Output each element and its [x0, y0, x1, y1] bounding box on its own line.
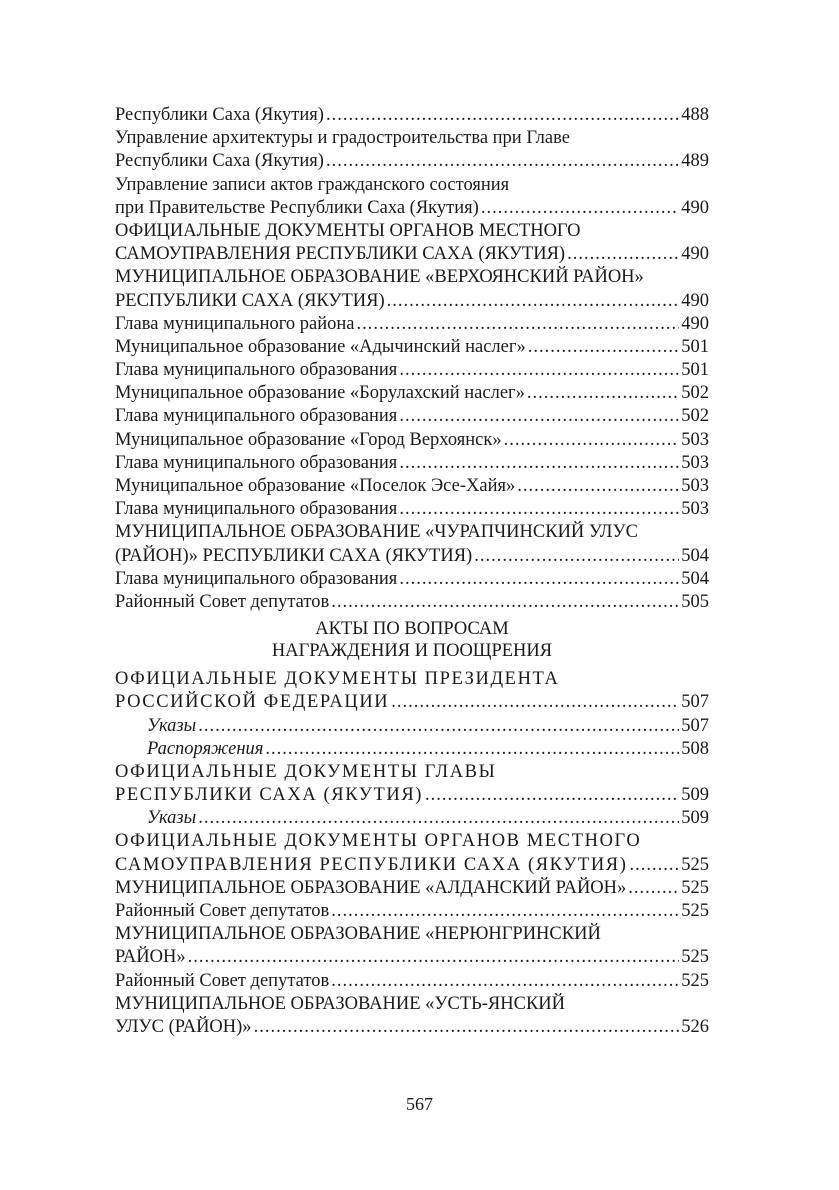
dot-leader — [198, 807, 679, 830]
toc-entry: Указы507 — [115, 715, 709, 738]
dot-leader — [356, 313, 679, 336]
toc-entry-page: 489 — [681, 150, 709, 173]
toc-entry-title: Управление архитектуры и градостроительс… — [115, 127, 570, 150]
toc-entry: УЛУС (РАЙОН)»526 — [115, 1016, 709, 1039]
toc-entry: САМОУПРАВЛЕНИЯ РЕСПУБЛИКИ САХА (ЯКУТИЯ)4… — [115, 243, 709, 266]
section-heading-line-2: НАГРАЖДЕНИЯ И ПООЩРЕНИЯ — [115, 640, 709, 662]
toc-entry-title: ОФИЦИАЛЬНЫЕ ДОКУМЕНТЫ ОРГАНОВ МЕСТНОГО — [115, 220, 581, 243]
toc-entry-page: 501 — [681, 359, 709, 382]
dot-leader — [326, 104, 679, 127]
toc-entry-page: 502 — [681, 382, 709, 405]
toc-entry-title: Указы — [115, 807, 196, 830]
toc-entry: Управление архитектуры и градостроительс… — [115, 127, 709, 150]
toc-entry-title: Указы — [115, 715, 196, 738]
toc-entry: ОФИЦИАЛЬНЫЕ ДОКУМЕНТЫ ПРЕЗИДЕНТА — [115, 668, 709, 691]
toc-entry-page: 525 — [681, 970, 709, 993]
toc-entry-title: Районный Совет депутатов — [115, 970, 329, 993]
toc-entry-title: МУНИЦИПАЛЬНОЕ ОБРАЗОВАНИЕ «ВЕРХОЯНСКИЙ Р… — [115, 266, 644, 289]
toc-entry-title: Муниципальное образование «Город Верхоян… — [115, 429, 502, 452]
toc-entry-title: УЛУС (РАЙОН)» — [115, 1016, 252, 1039]
toc-entry: Республики Саха (Якутия)489 — [115, 150, 709, 173]
toc-entry-title: МУНИЦИПАЛЬНОЕ ОБРАЗОВАНИЕ «УСТЬ-ЯНСКИЙ — [115, 993, 565, 1016]
toc-entry: РЕСПУБЛИКИ САХА (ЯКУТИЯ)490 — [115, 290, 709, 313]
toc-entry: при Правительстве Республики Саха (Якути… — [115, 197, 709, 220]
toc-entry-title: ОФИЦИАЛЬНЫЕ ДОКУМЕНТЫ ОРГАНОВ МЕСТНОГО — [115, 830, 641, 853]
toc-entry-page: 503 — [681, 452, 709, 475]
toc-entry: Районный Совет депутатов525 — [115, 970, 709, 993]
toc-entry: ОФИЦИАЛЬНЫЕ ДОКУМЕНТЫ ОРГАНОВ МЕСТНОГО — [115, 830, 709, 853]
toc-entry: Республики Саха (Якутия)488 — [115, 104, 709, 127]
toc-entry-page: 503 — [681, 429, 709, 452]
dot-leader — [331, 970, 679, 993]
toc-entry-title: САМОУПРАВЛЕНИЯ РЕСПУБЛИКИ САХА (ЯКУТИЯ) — [115, 854, 628, 877]
toc-entry-title: ОФИЦИАЛЬНЫЕ ДОКУМЕНТЫ ГЛАВЫ — [115, 761, 496, 784]
toc-entry-page: 525 — [681, 854, 709, 877]
toc-entry: ОФИЦИАЛЬНЫЕ ДОКУМЕНТЫ ГЛАВЫ — [115, 761, 709, 784]
dot-leader — [254, 1016, 680, 1039]
dot-leader — [481, 197, 679, 220]
toc-entry: Указы509 — [115, 807, 709, 830]
toc-entry-page: 490 — [681, 290, 709, 313]
toc-entry: МУНИЦИПАЛЬНОЕ ОБРАЗОВАНИЕ «УСТЬ-ЯНСКИЙ — [115, 993, 709, 1016]
toc-entry: Районный Совет депутатов505 — [115, 591, 709, 614]
toc-entry-page: 490 — [681, 243, 709, 266]
dot-leader — [399, 452, 679, 475]
toc-entry: Глава муниципального образования502 — [115, 405, 709, 428]
toc-entry-page: 526 — [681, 1016, 709, 1039]
toc-entry-title: МУНИЦИПАЛЬНОЕ ОБРАЗОВАНИЕ «НЕРЮНГРИНСКИЙ — [115, 923, 601, 946]
dot-leader — [630, 854, 680, 877]
dot-leader — [425, 784, 679, 807]
toc-entry-page: 488 — [681, 104, 709, 127]
toc-entry-title: Районный Совет депутатов — [115, 591, 329, 614]
page-number: 567 — [0, 1094, 839, 1115]
toc-entry: РОССИЙСКОЙ ФЕДЕРАЦИИ507 — [115, 691, 709, 714]
dot-leader — [504, 429, 680, 452]
toc-entry-page: 525 — [681, 877, 709, 900]
toc-part-2: ОФИЦИАЛЬНЫЕ ДОКУМЕНТЫ ПРЕЗИДЕНТАРОССИЙСК… — [115, 668, 709, 1039]
dot-leader — [188, 946, 680, 969]
section-heading: АКТЫ ПО ВОПРОСАМ НАГРАЖДЕНИЯ И ПООЩРЕНИЯ — [115, 618, 709, 662]
toc-entry: Управление записи актов гражданского сос… — [115, 174, 709, 197]
toc-entry-page: 504 — [681, 568, 709, 591]
toc-entry-page: 490 — [681, 197, 709, 220]
toc-entry-title: РЕСПУБЛИКИ САХА (ЯКУТИЯ) — [115, 290, 385, 313]
toc-entry-title: РОССИЙСКОЙ ФЕДЕРАЦИИ — [115, 691, 389, 714]
dot-leader — [399, 568, 679, 591]
dot-leader — [567, 243, 679, 266]
dot-leader — [391, 691, 679, 714]
dot-leader — [474, 545, 679, 568]
toc-entry-page: 507 — [681, 715, 709, 738]
toc-entry-title: Глава муниципального образования — [115, 359, 397, 382]
toc-entry-title: Республики Саха (Якутия) — [115, 104, 324, 127]
toc-entry-title: МУНИЦИПАЛЬНОЕ ОБРАЗОВАНИЕ «АЛДАНСКИЙ РАЙ… — [115, 877, 626, 900]
toc-entry-title: при Правительстве Республики Саха (Якути… — [115, 197, 479, 220]
toc-entry-title: Муниципальное образование «Борулахский н… — [115, 382, 525, 405]
toc-entry-page: 503 — [681, 498, 709, 521]
dot-leader — [399, 359, 679, 382]
toc-entry-title: Муниципальное образование «Адычинский на… — [115, 336, 526, 359]
dot-leader — [399, 405, 679, 428]
toc-entry: МУНИЦИПАЛЬНОЕ ОБРАЗОВАНИЕ «ЧУРАПЧИНСКИЙ … — [115, 521, 709, 544]
dot-leader — [387, 290, 680, 313]
toc-entry-page: 508 — [681, 738, 709, 761]
toc-entry-title: Глава муниципального образования — [115, 405, 397, 428]
toc-entry-title: Глава муниципального образования — [115, 498, 397, 521]
toc-entry-title: Глава муниципального района — [115, 313, 354, 336]
toc-entry: (РАЙОН)» РЕСПУБЛИКИ САХА (ЯКУТИЯ)504 — [115, 545, 709, 568]
toc-entry: ОФИЦИАЛЬНЫЕ ДОКУМЕНТЫ ОРГАНОВ МЕСТНОГО — [115, 220, 709, 243]
toc-entry-title: ОФИЦИАЛЬНЫЕ ДОКУМЕНТЫ ПРЕЗИДЕНТА — [115, 668, 559, 691]
toc-entry-page: 507 — [681, 691, 709, 714]
dot-leader — [198, 715, 679, 738]
toc-entry-page: 509 — [681, 784, 709, 807]
toc-entry-title: Распоряжения — [115, 738, 263, 761]
toc-entry-title: (РАЙОН)» РЕСПУБЛИКИ САХА (ЯКУТИЯ) — [115, 545, 472, 568]
toc-entry: Муниципальное образование «Поселок Эсе-Х… — [115, 475, 709, 498]
table-of-contents: Республики Саха (Якутия)488Управление ар… — [115, 104, 709, 1039]
toc-entry-title: РАЙОН» — [115, 946, 186, 969]
dot-leader — [326, 150, 679, 173]
toc-entry: Глава муниципального образования503 — [115, 498, 709, 521]
toc-entry: Муниципальное образование «Адычинский на… — [115, 336, 709, 359]
section-heading-line-1: АКТЫ ПО ВОПРОСАМ — [115, 618, 709, 640]
toc-entry: Муниципальное образование «Город Верхоян… — [115, 429, 709, 452]
toc-entry: САМОУПРАВЛЕНИЯ РЕСПУБЛИКИ САХА (ЯКУТИЯ)5… — [115, 854, 709, 877]
toc-entry: Глава муниципального района490 — [115, 313, 709, 336]
toc-entry-title: Районный Совет депутатов — [115, 900, 329, 923]
toc-entry-title: Муниципальное образование «Поселок Эсе-Х… — [115, 475, 515, 498]
toc-entry: Распоряжения508 — [115, 738, 709, 761]
toc-entry: Глава муниципального образования501 — [115, 359, 709, 382]
toc-entry: РЕСПУБЛИКИ САХА (ЯКУТИЯ)509 — [115, 784, 709, 807]
dot-leader — [399, 498, 679, 521]
toc-entry-page: 490 — [681, 313, 709, 336]
dot-leader — [628, 877, 679, 900]
dot-leader — [527, 382, 679, 405]
toc-entry: Глава муниципального образования504 — [115, 568, 709, 591]
dot-leader — [331, 900, 679, 923]
toc-entry-title: САМОУПРАВЛЕНИЯ РЕСПУБЛИКИ САХА (ЯКУТИЯ) — [115, 243, 565, 266]
toc-entry: МУНИЦИПАЛЬНОЕ ОБРАЗОВАНИЕ «АЛДАНСКИЙ РАЙ… — [115, 877, 709, 900]
dot-leader — [265, 738, 679, 761]
dot-leader — [517, 475, 679, 498]
toc-part-1: Республики Саха (Якутия)488Управление ар… — [115, 104, 709, 614]
toc-entry-page: 525 — [681, 946, 709, 969]
toc-entry-title: Управление записи актов гражданского сос… — [115, 174, 509, 197]
dot-leader — [331, 591, 679, 614]
toc-entry-title: Глава муниципального образования — [115, 568, 397, 591]
toc-entry: МУНИЦИПАЛЬНОЕ ОБРАЗОВАНИЕ «ВЕРХОЯНСКИЙ Р… — [115, 266, 709, 289]
toc-entry: Муниципальное образование «Борулахский н… — [115, 382, 709, 405]
toc-entry: Глава муниципального образования503 — [115, 452, 709, 475]
toc-entry-page: 509 — [681, 807, 709, 830]
toc-entry-page: 503 — [681, 475, 709, 498]
toc-entry-title: Глава муниципального образования — [115, 452, 397, 475]
dot-leader — [528, 336, 680, 359]
toc-entry-page: 525 — [681, 900, 709, 923]
toc-entry-page: 504 — [681, 545, 709, 568]
toc-entry-page: 502 — [681, 405, 709, 428]
toc-entry: РАЙОН»525 — [115, 946, 709, 969]
toc-entry-title: МУНИЦИПАЛЬНОЕ ОБРАЗОВАНИЕ «ЧУРАПЧИНСКИЙ … — [115, 521, 638, 544]
toc-entry: Районный Совет депутатов525 — [115, 900, 709, 923]
toc-entry: МУНИЦИПАЛЬНОЕ ОБРАЗОВАНИЕ «НЕРЮНГРИНСКИЙ — [115, 923, 709, 946]
toc-entry-page: 501 — [681, 336, 709, 359]
toc-entry-title: РЕСПУБЛИКИ САХА (ЯКУТИЯ) — [115, 784, 423, 807]
toc-entry-page: 505 — [681, 591, 709, 614]
toc-entry-title: Республики Саха (Якутия) — [115, 150, 324, 173]
